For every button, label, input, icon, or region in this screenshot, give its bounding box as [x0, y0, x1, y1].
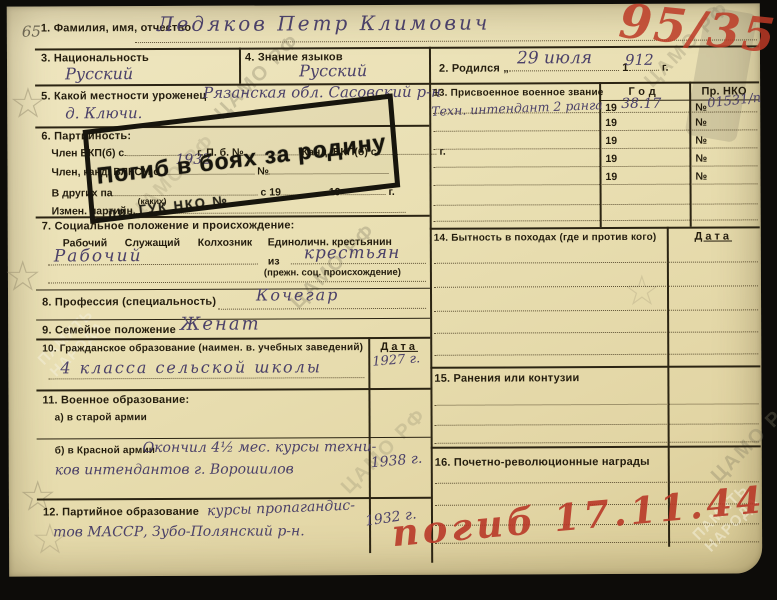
field11b-label: б) в Красной армии: [55, 445, 156, 456]
dotted-line: [435, 403, 759, 405]
field13-year-prefix: 19: [605, 135, 617, 147]
field5-value-line2: д. Ключи.: [65, 104, 142, 122]
margin-number: 65: [22, 22, 41, 40]
field10-date-header: Дата: [368, 341, 430, 353]
field12-value-line2: тов МАССР, Зубо-Полянский р-н.: [53, 523, 305, 540]
field1-value: Ледяков Петр Климович: [157, 11, 491, 36]
field9-label: 9. Семейное положение: [42, 324, 176, 337]
field5-label: 5. Какой местности уроженец: [41, 90, 206, 103]
field13-number-prefix: №: [695, 135, 707, 147]
divider: [36, 388, 430, 392]
field13-number-prefix: №: [695, 153, 707, 165]
field7-origin-caption: (прежн. соц. происхождение): [264, 267, 401, 279]
field7-category-kolkhoznik: Колхозник: [198, 237, 252, 249]
field7-iz-label: из: [268, 255, 280, 267]
field13-number-prefix: №: [695, 171, 707, 183]
field13-rank-value: Техн. интендант 2 ранга: [431, 97, 603, 119]
dotted-line: [433, 165, 757, 167]
dotted-line: [48, 377, 364, 379]
field2-label-suffix: г.: [662, 62, 669, 74]
field11b-value-line1: Окончил 4½ мес. курсы техни-: [143, 439, 377, 456]
field10-label: 10. Гражданское образование (наимен. в. …: [42, 342, 363, 354]
field13-year-prefix: 19: [605, 117, 617, 129]
field2-year-value: 912: [625, 51, 654, 69]
field11b-value-line2: ков интендантов г. Ворошилов: [55, 461, 294, 478]
dotted-line: [434, 261, 758, 263]
dotted-line: [433, 147, 757, 149]
archive-watermark: ЦАМО РФ: [707, 392, 777, 487]
field11-label: 11. Военное образование:: [42, 394, 189, 407]
dotted-line: [434, 331, 758, 333]
field16-label: 16. Почетно-революционные награды: [435, 456, 650, 469]
dotted-line: [434, 309, 758, 311]
field7-origin-value: крестьян: [304, 243, 401, 263]
divider: [429, 47, 433, 563]
dotted-line: [434, 285, 758, 287]
divider: [430, 226, 760, 229]
field14-label: 14. Бытность в походах (где и против ког…: [434, 232, 657, 244]
dotted-line: [434, 203, 758, 205]
field12-value-line1: курсы пропагандис-: [207, 498, 356, 520]
field3-label: 3. Национальность: [41, 52, 149, 64]
field4-value: Русский: [299, 61, 367, 80]
red-kia-note: погиб 17.11.44: [390, 477, 768, 555]
field13-year-prefix: 19: [605, 171, 617, 183]
field11b-date-value: 1938 г.: [370, 451, 423, 472]
divider: [431, 445, 761, 448]
field2-label-prefix: 2. Родился „: [439, 62, 509, 74]
divider: [239, 48, 241, 84]
field8-value: Кочегар: [256, 285, 339, 304]
field10-date-value: 1927 г.: [372, 351, 421, 370]
field14-date-header: Дата: [667, 230, 760, 242]
field13-year-prefix: 19: [605, 153, 617, 165]
field15-label: 15. Ранения или контузии: [434, 372, 579, 385]
field13-number-prefix: №: [695, 117, 707, 129]
field7-label: 7. Социальное положение и происхождение:: [42, 219, 295, 232]
dotted-line: [435, 441, 759, 443]
dotted-line: [434, 353, 758, 355]
field12-label: 12. Партийное образование: [43, 506, 199, 519]
field5-value-line1: Рязанская обл. Сасовский р-н: [203, 83, 441, 102]
field11a-label: а) в старой армии: [55, 412, 147, 423]
scanned-document: ЦАМО РФ ЦАМО РФ ЦАМО РФ ЦАМО РФ ЦАМО РФ …: [0, 0, 777, 600]
field6-year-label: г.: [440, 146, 446, 158]
divider: [36, 337, 430, 341]
dotted-line: [48, 281, 426, 284]
field9-value: Женат: [180, 314, 261, 335]
dotted-line: [48, 264, 258, 266]
field13-year-value: 38.17: [621, 96, 661, 112]
registration-card: ЦАМО РФ ЦАМО РФ ЦАМО РФ ЦАМО РФ ЦАМО РФ …: [7, 3, 762, 576]
dotted-line: [434, 219, 758, 221]
field8-label: 8. Профессия (специальность): [42, 296, 216, 309]
star-watermark-icon: ☆: [623, 266, 661, 315]
dotted-line: [435, 423, 759, 425]
dotted-line: [218, 308, 426, 310]
field2-daymonth-value: 29 июля: [517, 48, 592, 68]
divider: [37, 497, 431, 501]
star-watermark-icon: ☆: [4, 251, 42, 300]
divider: [430, 365, 760, 368]
divider: [36, 288, 430, 291]
field3-value: Русский: [65, 64, 133, 83]
field10-value: 4 класса сельской школы: [60, 357, 322, 377]
dotted-line: [291, 263, 426, 265]
dotted-line: [434, 183, 758, 185]
